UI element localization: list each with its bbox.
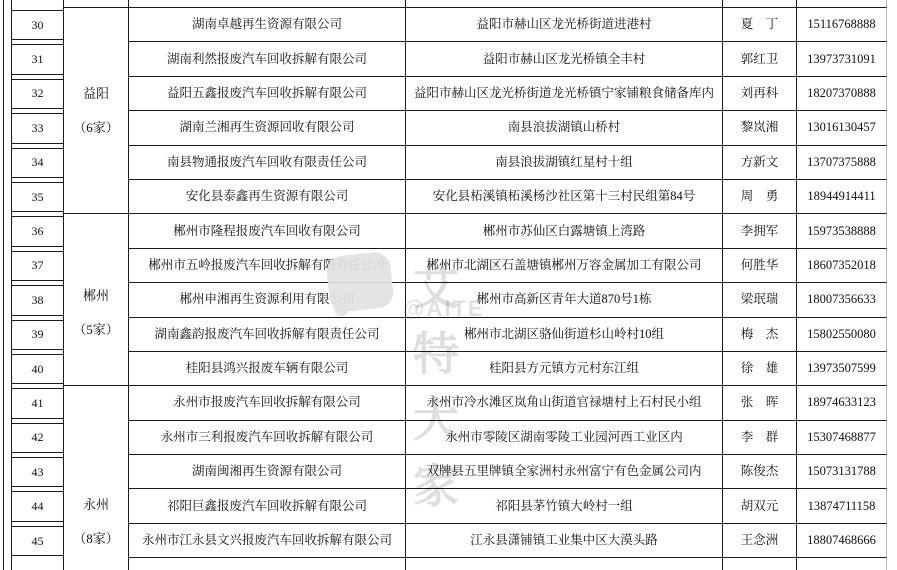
row-number: 31 xyxy=(12,44,63,74)
address-cell: 郴州市北湖区骆仙街道杉山岭村10组 xyxy=(406,318,723,352)
row-number-cell: 40 xyxy=(12,352,64,386)
contact-cell: 张 晖 xyxy=(723,386,797,420)
row-number-cell: 35 xyxy=(12,180,64,214)
phone-cell: 18607352018 xyxy=(797,249,887,283)
address-cell: 南县浪拔湖镇红星村十组 xyxy=(406,146,723,180)
row-number: 36 xyxy=(12,216,63,246)
contact-cell: 何胜华 xyxy=(723,249,797,283)
row-number: 34 xyxy=(12,148,63,178)
contact-cell: 郭红卫 xyxy=(723,42,797,76)
contact-cell: 徐 雄 xyxy=(723,352,797,386)
address-cell: 江永县潇铺镇工业集中区大漠头路 xyxy=(406,524,723,558)
company-cell: 郴州市隆程报废汽车回收有限公司 xyxy=(129,214,406,248)
company-cell: 永州市三利报废汽车回收拆解有限公司 xyxy=(129,421,406,455)
partial-bottom-phone xyxy=(797,558,887,570)
row-number: 37 xyxy=(12,251,63,281)
company-cell: 永州市江永县文兴报废汽车回收拆解有限公司 xyxy=(129,524,406,558)
company-cell: 南县物通报废汽车回收有限责任公司 xyxy=(129,146,406,180)
companies-table: 30 益阳 （6家） 湖南卓越再生资源有限公司 益阳市赫山区龙光桥街道进港村 夏… xyxy=(3,0,887,570)
phone-cell: 13016130457 xyxy=(797,111,887,145)
company-cell: 湖南卓越再生资源有限公司 xyxy=(129,8,406,42)
row-number-cell: 42 xyxy=(12,421,64,455)
address-cell: 桂阳县方元镇方元村东江组 xyxy=(406,352,723,386)
company-cell: 郴州市五岭报废汽车回收拆解有限责任公司 xyxy=(129,249,406,283)
region-city: 郴州 xyxy=(83,279,109,313)
phone-cell: 18207370888 xyxy=(797,77,887,111)
company-cell: 郴州申湘再生资源利用有限公司 xyxy=(129,283,406,317)
row-number-cell: 34 xyxy=(12,146,64,180)
partial-top-contact xyxy=(723,0,797,8)
address-cell: 益阳市赫山区龙光桥街道进港村 xyxy=(406,8,723,42)
company-cell: 湖南闽湘再生资源有限公司 xyxy=(129,455,406,489)
row-number-cell: 36 xyxy=(12,214,64,248)
row-number: 45 xyxy=(12,526,63,556)
address-cell: 双牌县五里牌镇全家洲村永州富宁有色金属公司内 xyxy=(406,455,723,489)
row-number-cell: 30 xyxy=(12,8,64,42)
contact-cell: 周 勇 xyxy=(723,180,797,214)
partial-top-phone xyxy=(797,0,887,8)
address-cell: 郴州市北湖区石盖塘镇郴州万容金属加工有限公司 xyxy=(406,249,723,283)
partial-top-address xyxy=(406,0,723,8)
company-cell: 湖南利然报废汽车回收拆解有限公司 xyxy=(129,42,406,76)
region-cell-chenzhou: 郴州 （5家） xyxy=(64,214,129,386)
region-count: （5家） xyxy=(73,313,119,347)
row-number: 38 xyxy=(12,285,63,315)
partial-top-company xyxy=(129,0,406,8)
phone-cell: 15802550080 xyxy=(797,318,887,352)
row-number-cell: 37 xyxy=(12,249,64,283)
row-number: 32 xyxy=(12,79,63,109)
company-cell: 桂阳县鸿兴报废车辆有限公司 xyxy=(129,352,406,386)
phone-cell: 13973731091 xyxy=(797,42,887,76)
address-cell: 郴州市苏仙区白露塘镇上湾路 xyxy=(406,214,723,248)
region-city: 益阳 xyxy=(83,77,109,111)
contact-cell: 李 群 xyxy=(723,421,797,455)
phone-cell: 18807468666 xyxy=(797,524,887,558)
address-cell: 安化县柘溪镇柘溪杨沙社区第十三村民组第84号 xyxy=(406,180,723,214)
row-number-cell: 32 xyxy=(12,77,64,111)
company-cell: 永州市报废汽车回收拆解有限公司 xyxy=(129,386,406,420)
table-grid: 30 益阳 （6家） 湖南卓越再生资源有限公司 益阳市赫山区龙光桥街道进港村 夏… xyxy=(12,0,887,570)
company-cell: 湖南鑫韵报废汽车回收拆解有限责任公司 xyxy=(129,318,406,352)
address-cell: 南县浪拔湖镇山桥村 xyxy=(406,111,723,145)
phone-cell: 15307468877 xyxy=(797,421,887,455)
contact-cell: 夏 丁 xyxy=(723,8,797,42)
row-number-cell: 41 xyxy=(12,386,64,420)
partial-top-region xyxy=(64,0,129,8)
company-cell: 祁阳巨鑫报废汽车回收拆解有限公司 xyxy=(129,489,406,523)
contact-cell: 陈俊杰 xyxy=(723,455,797,489)
phone-cell: 18974633123 xyxy=(797,386,887,420)
directory-table-page: 30 益阳 （6家） 湖南卓越再生资源有限公司 益阳市赫山区龙光桥街道进港村 夏… xyxy=(0,0,897,570)
phone-cell: 18944914411 xyxy=(797,180,887,214)
partial-bottom-contact xyxy=(723,558,797,570)
contact-cell: 方新文 xyxy=(723,146,797,180)
phone-cell: 13707375888 xyxy=(797,146,887,180)
row-number-cell: 43 xyxy=(12,455,64,489)
row-number-cell: 31 xyxy=(12,42,64,76)
contact-cell: 胡双元 xyxy=(723,489,797,523)
row-number: 33 xyxy=(12,113,63,143)
contact-cell: 黎岚湘 xyxy=(723,111,797,145)
row-number: 30 xyxy=(12,10,63,40)
row-number: 35 xyxy=(12,182,63,212)
address-cell: 祁阳县茅竹镇大岭村一组 xyxy=(406,489,723,523)
address-cell: 益阳市赫山区龙光桥街道龙光桥镇宁家铺粮食储备库内 xyxy=(406,77,723,111)
address-cell: 郴州市高新区青年大道870号1栋 xyxy=(406,283,723,317)
row-number: 40 xyxy=(12,354,63,384)
contact-cell: 李拥军 xyxy=(723,214,797,248)
address-cell: 永州市零陵区湖南零陵工业园河西工业区内 xyxy=(406,421,723,455)
region-count: （8家） xyxy=(73,522,119,556)
address-cell: 益阳市赫山区龙光桥镇全丰村 xyxy=(406,42,723,76)
row-number-cell: 38 xyxy=(12,283,64,317)
phone-cell: 15073131788 xyxy=(797,455,887,489)
phone-cell: 18007356633 xyxy=(797,283,887,317)
contact-cell: 王念洲 xyxy=(723,524,797,558)
company-cell: 益阳五鑫报废汽车回收拆解有限公司 xyxy=(129,77,406,111)
address-cell: 永州市冷水滩区岚角山街道官禄塘村上石村民小组 xyxy=(406,386,723,420)
row-number: 44 xyxy=(12,491,63,521)
region-cell-yongzhou: 永州 （8家） xyxy=(64,386,129,570)
phone-cell: 15116768888 xyxy=(797,8,887,42)
company-cell: 安化县泰鑫再生资源有限公司 xyxy=(129,180,406,214)
row-number-cell: 44 xyxy=(12,489,64,523)
partial-bottom-company xyxy=(129,558,406,570)
region-city: 永州 xyxy=(83,488,109,522)
row-number: 42 xyxy=(12,423,63,453)
row-number: 43 xyxy=(12,457,63,487)
phone-cell: 15973538888 xyxy=(797,214,887,248)
row-number-cell: 33 xyxy=(12,111,64,145)
region-cell-yiyang: 益阳 （6家） xyxy=(64,8,129,214)
row-number: 39 xyxy=(12,320,63,350)
phone-cell: 13973507599 xyxy=(797,352,887,386)
partial-top-number xyxy=(12,0,64,8)
phone-cell: 13874711158 xyxy=(797,489,887,523)
contact-cell: 刘再科 xyxy=(723,77,797,111)
row-number-cell: 45 xyxy=(12,524,64,558)
contact-cell: 梁珉瑞 xyxy=(723,283,797,317)
partial-bottom-address xyxy=(406,558,723,570)
region-count: （6家） xyxy=(73,111,119,145)
row-number-cell: 39 xyxy=(12,318,64,352)
contact-cell: 梅 杰 xyxy=(723,318,797,352)
partial-bottom-number xyxy=(12,558,64,570)
company-cell: 湖南兰湘再生资源回收有限公司 xyxy=(129,111,406,145)
row-number: 41 xyxy=(12,388,63,418)
